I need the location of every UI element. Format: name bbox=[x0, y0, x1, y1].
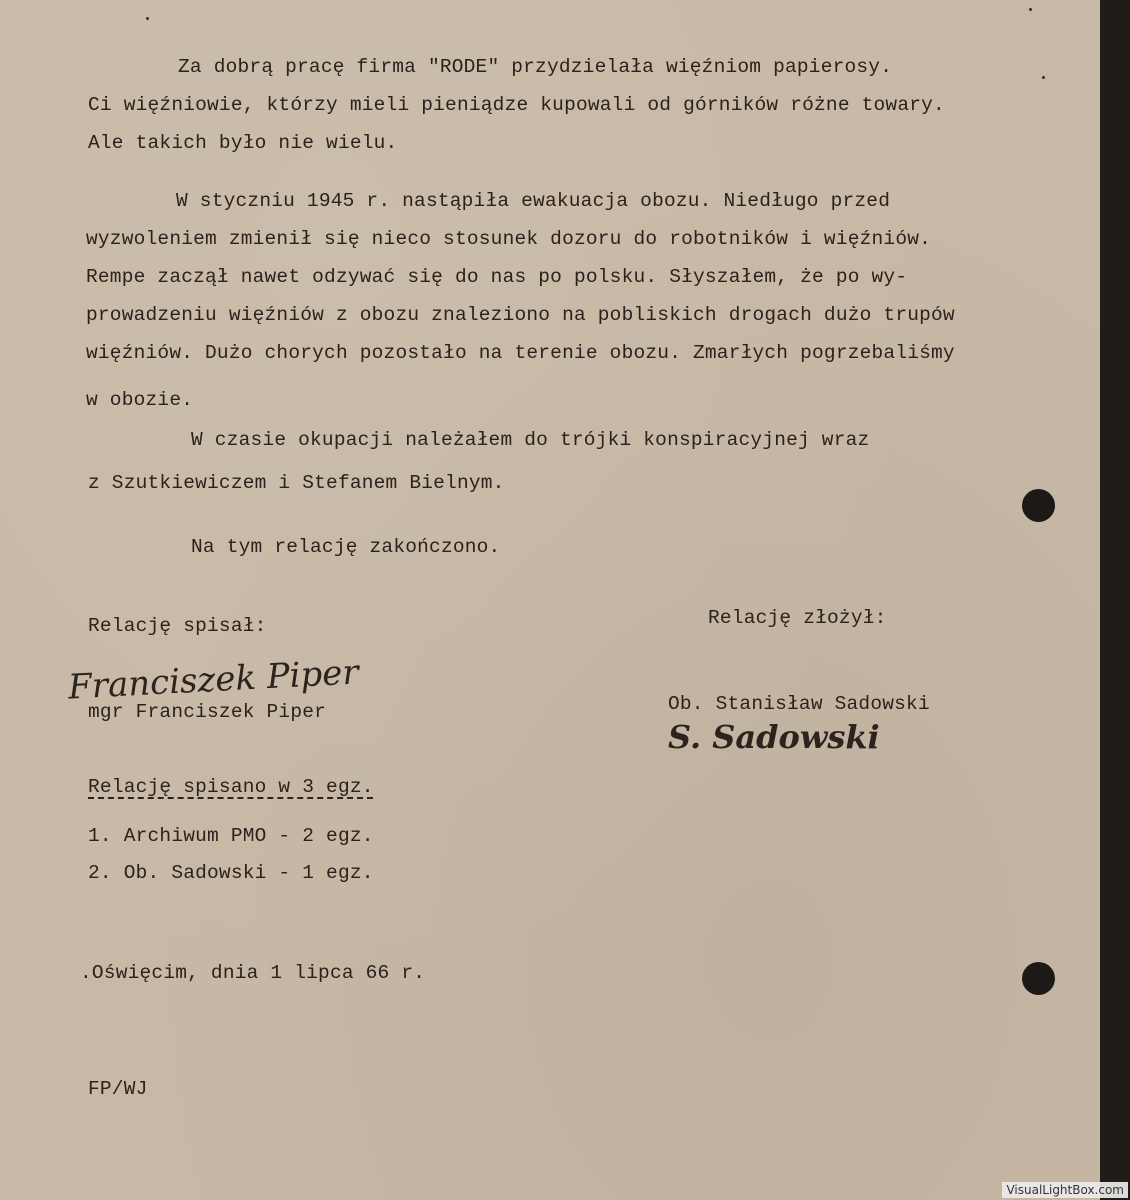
typist-initials: FP/WJ bbox=[88, 1080, 148, 1100]
recorder-name: mgr Franciszek Piper bbox=[88, 703, 326, 723]
paragraph-2-line-4: prowadzeniu więźniów z obozu znaleziono … bbox=[86, 306, 955, 326]
witness-label: Relację złożył: bbox=[708, 609, 887, 629]
paragraph-2-line-2: wyzwoleniem zmienił się nieco stosunek d… bbox=[86, 230, 931, 250]
speck bbox=[146, 17, 149, 20]
copies-heading: Relację spisano w 3 egz. bbox=[88, 778, 374, 798]
watermark: VisualLightBox.com bbox=[1002, 1182, 1128, 1198]
paragraph-1-line-3: Ale takich było nie wielu. bbox=[88, 134, 397, 154]
copies-item-1: 1. Archiwum PMO - 2 egz. bbox=[88, 827, 374, 847]
speck bbox=[1042, 76, 1045, 79]
paragraph-1-line-1: Za dobrą pracę firma "RODE" przydzielała… bbox=[178, 58, 892, 78]
closing-line: Na tym relację zakończono. bbox=[191, 538, 500, 558]
paragraph-2-line-3: Rempe zaczął nawet odzywać się do nas po… bbox=[86, 268, 907, 288]
recorder-label: Relację spisał: bbox=[88, 617, 267, 637]
recorder-signature: Franciszek Piper bbox=[67, 652, 359, 707]
paragraph-2-line-5: więźniów. Dużo chorych pozostało na tere… bbox=[86, 344, 955, 364]
paragraph-2-line-1: W styczniu 1945 r. nastąpiła ewakuacja o… bbox=[176, 192, 890, 212]
paragraph-3-line-2: z Szutkiewiczem i Stefanem Bielnym. bbox=[88, 474, 505, 494]
copies-item-2: 2. Ob. Sadowski - 1 egz. bbox=[88, 864, 374, 884]
paragraph-1-line-2: Ci więźniowie, którzy mieli pieniądze ku… bbox=[88, 96, 945, 116]
document-page: Za dobrą pracę firma "RODE" przydzielała… bbox=[0, 0, 1100, 1200]
paragraph-3-line-1: W czasie okupacji należałem do trójki ko… bbox=[191, 431, 869, 451]
witness-name: Ob. Stanisław Sadowski bbox=[668, 695, 930, 715]
paragraph-2-line-6: w obozie. bbox=[86, 391, 193, 411]
punch-hole-upper bbox=[1022, 489, 1055, 522]
speck bbox=[1029, 8, 1032, 11]
scan-border bbox=[1100, 0, 1130, 1200]
witness-signature: S. Sadowski bbox=[668, 718, 880, 756]
place-date: .Oświęcim, dnia 1 lipca 66 r. bbox=[80, 964, 425, 984]
punch-hole-lower bbox=[1022, 962, 1055, 995]
